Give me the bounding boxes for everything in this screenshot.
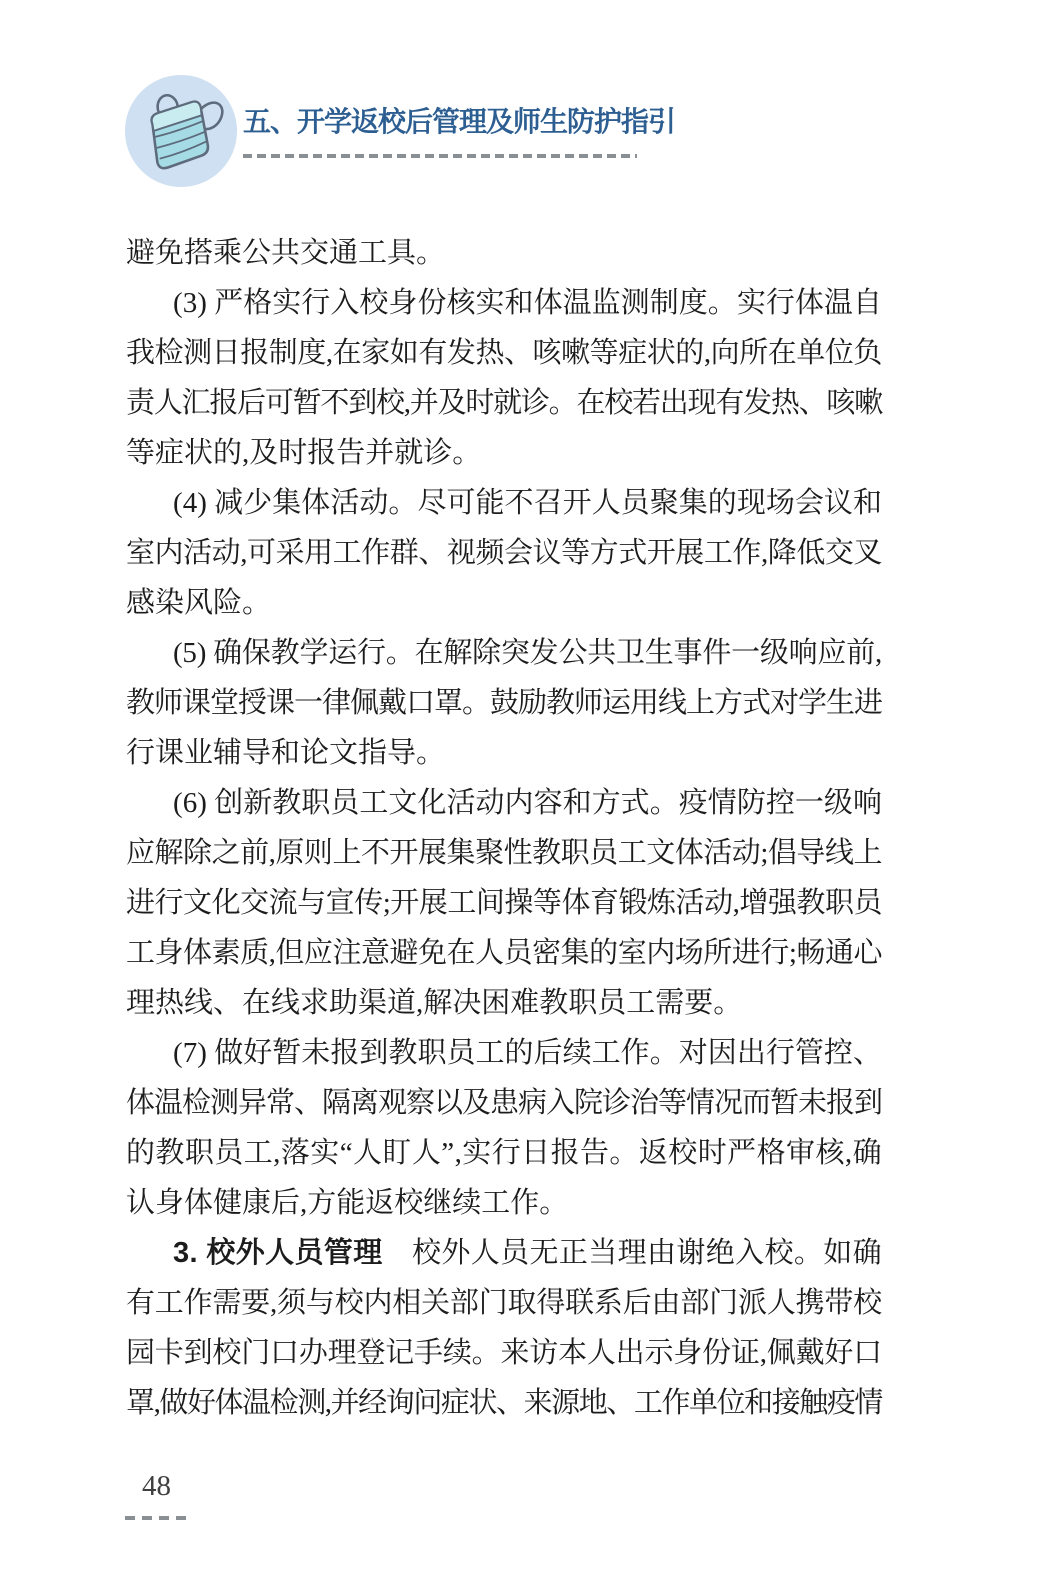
text-line: 园卡到校门口办理登记手续。来访本人出示身份证,佩戴好口 xyxy=(126,1328,882,1378)
text-run: 感染风险。 xyxy=(126,587,271,619)
face-mask-icon xyxy=(122,72,240,190)
text-run: (3) 严格实行入校身份核实和体温监测制度。实行体温自 xyxy=(173,287,882,319)
text-run: 室内活动,可采用工作群、视频会议等方式开展工作,降低交叉 xyxy=(126,537,882,569)
text-line: 等症状的,及时报告并就诊。 xyxy=(126,428,882,478)
text-line: 进行文化交流与宣传;开展工间操等体育锻炼活动,增强教职员 xyxy=(126,878,882,928)
text-line: (3) 严格实行入校身份核实和体温监测制度。实行体温自 xyxy=(126,278,882,328)
text-run: 认身体健康后,方能返校继续工作。 xyxy=(126,1187,568,1219)
book-page: 五、开学返校后管理及师生防护指引 避免搭乘公共交通工具。(3) 严格实行入校身份… xyxy=(0,0,1058,1587)
text-run: 行课业辅导和论文指导。 xyxy=(126,737,445,769)
body-text: 避免搭乘公共交通工具。(3) 严格实行入校身份核实和体温监测制度。实行体温自我检… xyxy=(126,228,882,1428)
text-run: 教师课堂授课一律佩戴口罩。鼓励教师运用线上方式对学生进 xyxy=(126,687,882,719)
text-run: 等症状的,及时报告并就诊。 xyxy=(126,437,481,469)
text-line: 的教职员工,落实“人盯人”,实行日报告。返校时严格审核,确 xyxy=(126,1128,882,1178)
text-line: 体温检测异常、隔离观察以及患病入院诊治等情况而暂未报到 xyxy=(126,1078,882,1128)
text-run: (7) 做好暂未报到教职员工的后续工作。对因出行管控、 xyxy=(173,1037,882,1069)
footer-dashed-rule xyxy=(125,1516,190,1520)
text-run: 应解除之前,原则上不开展集聚性教职员工文体活动;倡导线上 xyxy=(126,837,882,869)
text-run: 的教职员工,落实“人盯人”,实行日报告。返校时严格审核,确 xyxy=(126,1137,882,1169)
text-run: 体温检测异常、隔离观察以及患病入院诊治等情况而暂未报到 xyxy=(126,1087,882,1119)
text-run: 有工作需要,须与校内相关部门取得联系后由部门派人携带校 xyxy=(126,1287,882,1319)
section-heading: 3. 校外人员管理 xyxy=(173,1237,383,1269)
text-run: 进行文化交流与宣传;开展工间操等体育锻炼活动,增强教职员 xyxy=(126,887,882,919)
text-run: 园卡到校门口办理登记手续。来访本人出示身份证,佩戴好口 xyxy=(126,1337,882,1369)
text-line: 室内活动,可采用工作群、视频会议等方式开展工作,降低交叉 xyxy=(126,528,882,578)
page-number: 48 xyxy=(142,1470,171,1503)
title-dashed-rule xyxy=(243,154,637,158)
text-line: 感染风险。 xyxy=(126,578,882,628)
text-line: 教师课堂授课一律佩戴口罩。鼓励教师运用线上方式对学生进 xyxy=(126,678,882,728)
text-line: 工身体素质,但应注意避免在人员密集的室内场所进行;畅通心 xyxy=(126,928,882,978)
text-run: 责人汇报后可暂不到校,并及时就诊。在校若出现有发热、咳嗽 xyxy=(126,387,882,419)
text-run: 罩,做好体温检测,并经询问症状、来源地、工作单位和接触疫情 xyxy=(126,1387,882,1419)
text-run: 校外人员无正当理由谢绝入校。如确 xyxy=(383,1237,882,1269)
text-run: 工身体素质,但应注意避免在人员密集的室内场所进行;畅通心 xyxy=(126,937,882,969)
text-line: 认身体健康后,方能返校继续工作。 xyxy=(126,1178,882,1228)
text-line: 罩,做好体温检测,并经询问症状、来源地、工作单位和接触疫情 xyxy=(126,1378,882,1428)
text-line: 有工作需要,须与校内相关部门取得联系后由部门派人携带校 xyxy=(126,1278,882,1328)
text-run: (6) 创新教职员工文化活动内容和方式。疫情防控一级响 xyxy=(173,787,882,819)
text-run: (4) 减少集体活动。尽可能不召开人员聚集的现场会议和 xyxy=(173,487,882,519)
text-line: 行课业辅导和论文指导。 xyxy=(126,728,882,778)
text-line: 避免搭乘公共交通工具。 xyxy=(126,228,882,278)
text-line: (4) 减少集体活动。尽可能不召开人员聚集的现场会议和 xyxy=(126,478,882,528)
face-mask-illustration xyxy=(122,72,240,190)
text-run: 理热线、在线求助渠道,解决困难教职员工需要。 xyxy=(126,987,742,1019)
text-line: 责人汇报后可暂不到校,并及时就诊。在校若出现有发热、咳嗽 xyxy=(126,378,882,428)
text-line: 我检测日报制度,在家如有发热、咳嗽等症状的,向所在单位负 xyxy=(126,328,882,378)
text-run: 我检测日报制度,在家如有发热、咳嗽等症状的,向所在单位负 xyxy=(126,337,882,369)
text-line: (5) 确保教学运行。在解除突发公共卫生事件一级响应前, xyxy=(126,628,882,678)
chapter-title: 五、开学返校后管理及师生防护指引 xyxy=(243,100,675,140)
chapter-header: 五、开学返校后管理及师生防护指引 xyxy=(243,100,675,158)
text-run: 避免搭乘公共交通工具。 xyxy=(126,237,445,269)
text-line: (7) 做好暂未报到教职员工的后续工作。对因出行管控、 xyxy=(126,1028,882,1078)
text-run: (5) 确保教学运行。在解除突发公共卫生事件一级响应前, xyxy=(173,637,882,669)
text-line: 应解除之前,原则上不开展集聚性教职员工文体活动;倡导线上 xyxy=(126,828,882,878)
text-line: (6) 创新教职员工文化活动内容和方式。疫情防控一级响 xyxy=(126,778,882,828)
text-line: 理热线、在线求助渠道,解决困难教职员工需要。 xyxy=(126,978,882,1028)
text-line: 3. 校外人员管理 校外人员无正当理由谢绝入校。如确 xyxy=(126,1228,882,1278)
